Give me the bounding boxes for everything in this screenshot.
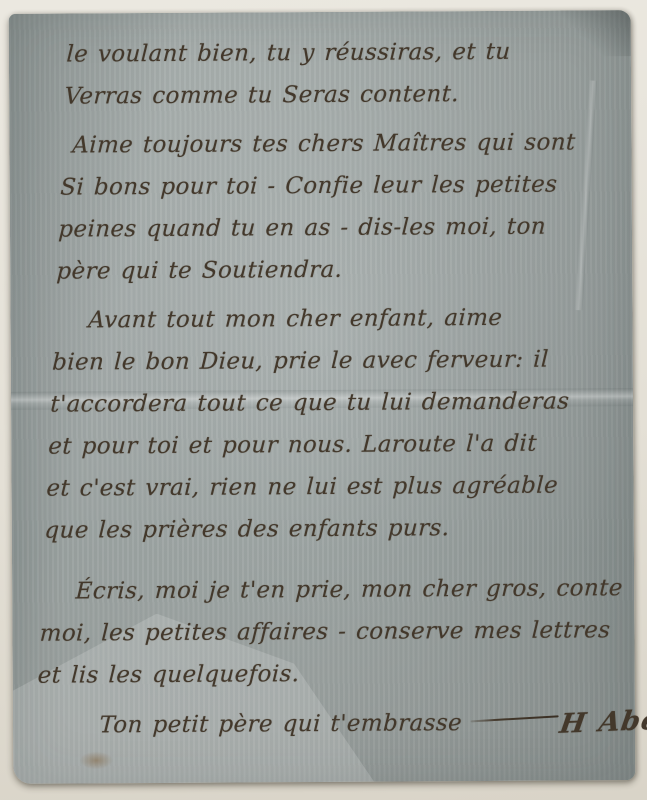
letter-line: Verras comme tu Seras content. (64, 72, 622, 117)
letter-line: père qui te Soutiendra. (55, 247, 613, 292)
letter-line: bien le bon Dieu, prie le avec ferveur: … (51, 338, 609, 383)
letter-line: Si bons pour toi - Confie leur les petit… (59, 163, 617, 208)
paragraph: le voulant bien, tu y réussiras, et tu V… (64, 30, 624, 117)
signature: H Abeuneys (556, 696, 647, 746)
paper-stain (79, 751, 113, 769)
letter-line: Avant tout mon cher enfant, aime (53, 296, 611, 341)
letter-paper: le voulant bien, tu y réussiras, et tu V… (9, 10, 636, 784)
paragraph: Avant tout mon cher enfant, aime bien le… (43, 296, 611, 551)
letter-line: et pour toi et pour nous. Laroute l'a di… (47, 422, 605, 467)
paragraph: Aime toujours tes chers Maîtres qui sont… (55, 121, 619, 292)
letter-line: le voulant bien, tu y réussiras, et tu (66, 30, 624, 75)
letter-line: Aime toujours tes chers Maîtres qui sont (61, 121, 619, 166)
letter-line: t'accordera tout ce que tu lui demandera… (49, 380, 607, 425)
closing-row: Ton petit père qui t'embrasse H Abeuneys (34, 700, 592, 746)
letter-line: moi, les petites affaires - conserve mes… (39, 609, 597, 654)
signature-flourish-line (470, 715, 558, 722)
letter-text: le voulant bien, tu y réussiras, et tu V… (34, 30, 623, 747)
letter-line: Écris, moi je t'en prie, mon cher gros, … (41, 567, 599, 612)
closing-text: Ton petit père qui t'embrasse (98, 702, 463, 746)
letter-line: et c'est vrai, rien ne lui est plus agré… (45, 464, 603, 509)
letter-line: et lis les quelquefois. (37, 651, 595, 696)
letter-line: que les prières des enfants purs. (43, 506, 601, 551)
paragraph: Écris, moi je t'en prie, mon cher gros, … (37, 567, 599, 696)
letter-line: peines quand tu en as - dis-les moi, ton (57, 205, 615, 250)
